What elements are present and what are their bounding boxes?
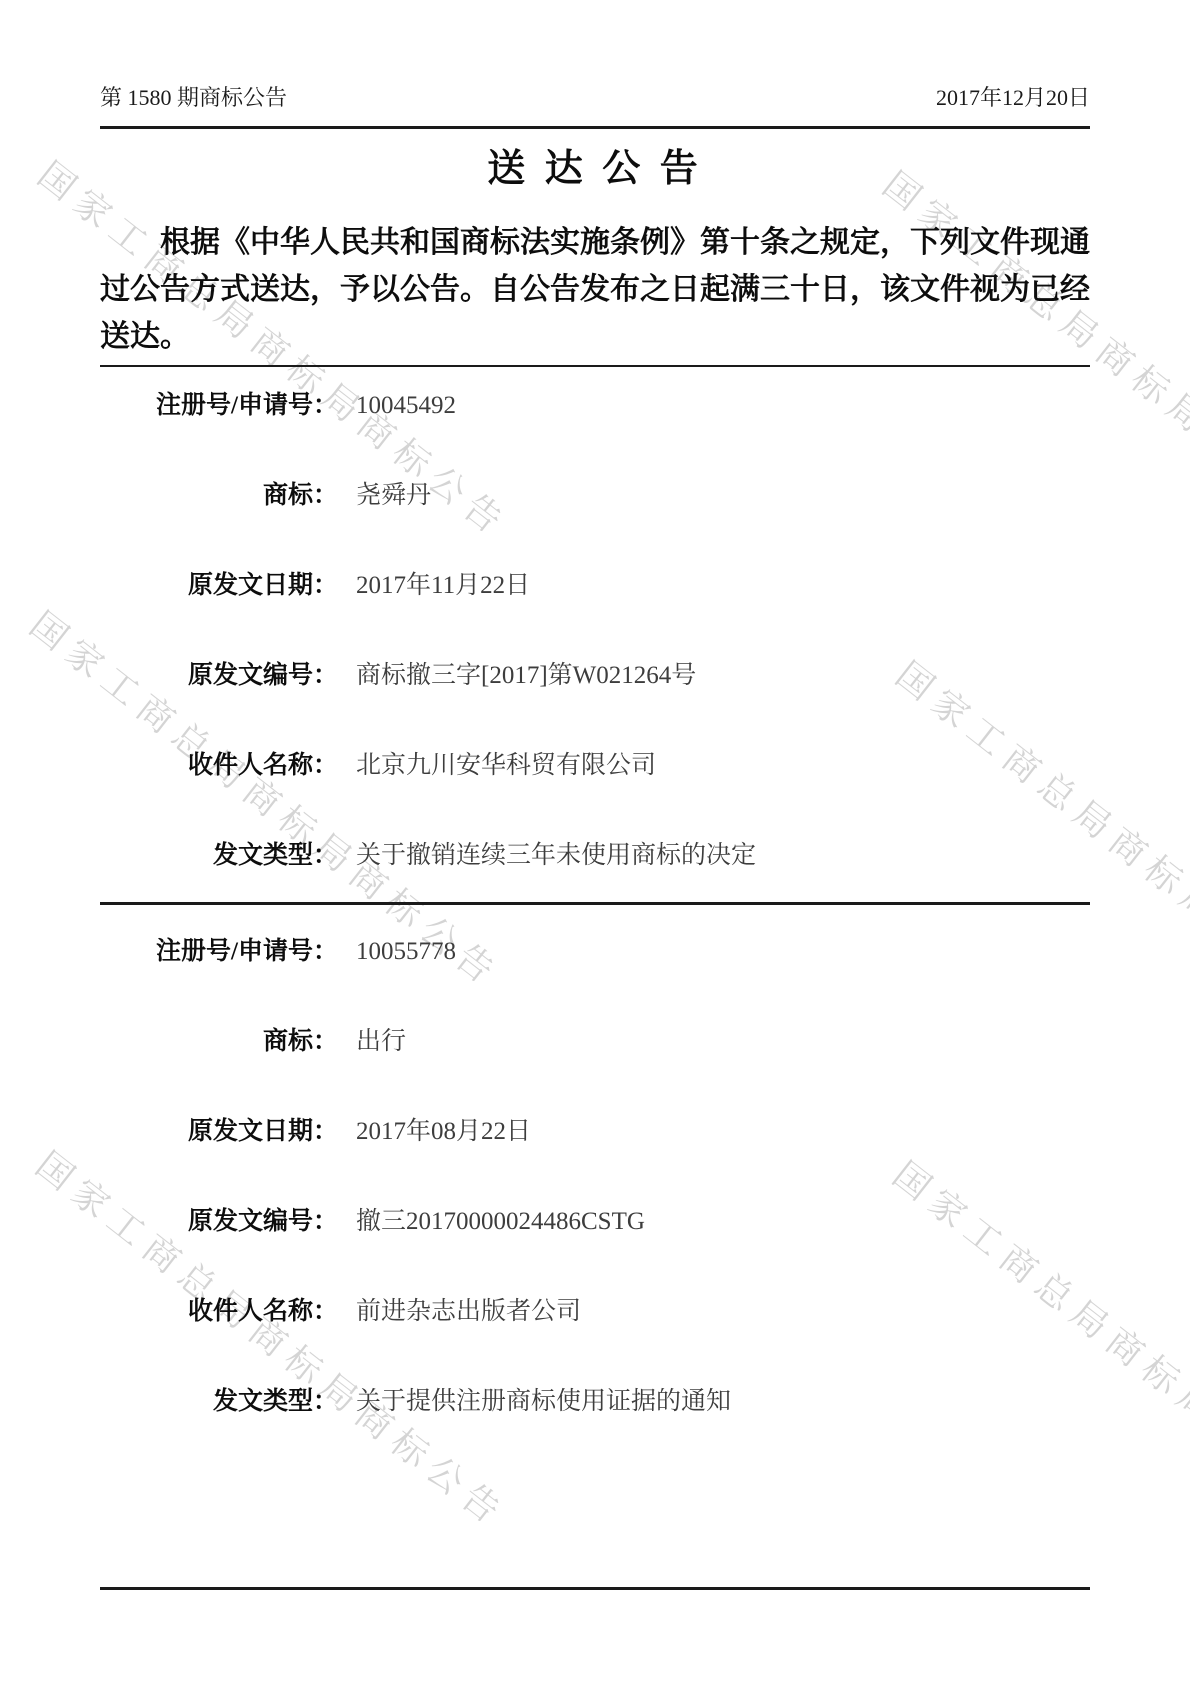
field-label: 收件人名称： [100,1295,338,1385]
field-label: 注册号/申请号： [100,389,338,479]
field-label: 发文类型： [100,1385,338,1418]
publish-date: 2017年12月20日 [936,84,1090,112]
document-content: 第 1580 期商标公告 2017年12月20日 送 达 公 告 根据《中华人民… [100,0,1090,1590]
field-label: 注册号/申请号： [100,935,338,1025]
field-label: 原发文编号： [100,659,338,749]
field-recipient-name: 收件人名称： 前进杂志出版者公司 [100,1295,1090,1385]
record-2: 注册号/申请号： 10055778 商标： 出行 原发文日期： 2017年08月… [100,905,1090,1418]
page-header: 第 1580 期商标公告 2017年12月20日 [100,84,1090,112]
field-original-document-number: 原发文编号： 撤三20170000024486CSTG [100,1205,1090,1295]
field-value: 10055778 [338,935,456,1025]
intro-paragraph: 根据《中华人民共和国商标法实施条例》第十条之规定，下列文件现通过公告方式送达，予… [100,219,1090,360]
field-label: 商标： [100,479,338,569]
field-value: 出行 [338,1025,406,1115]
field-value: 北京九川安华科贸有限公司 [338,749,656,839]
field-value: 商标撤三字[2017]第W021264号 [338,659,696,749]
footer-rule [100,1587,1090,1590]
field-value: 尧舜丹 [338,479,431,569]
page-title: 送 达 公 告 [100,145,1090,193]
field-trademark: 商标： 出行 [100,1025,1090,1115]
field-label: 原发文日期： [100,1115,338,1205]
field-registration-number: 注册号/申请号： 10045492 [100,389,1090,479]
field-value: 10045492 [338,389,456,479]
header-rule [100,126,1090,129]
field-value: 2017年11月22日 [338,569,530,659]
field-value: 2017年08月22日 [338,1115,531,1205]
field-original-issue-date: 原发文日期： 2017年11月22日 [100,569,1090,659]
field-original-document-number: 原发文编号： 商标撤三字[2017]第W021264号 [100,659,1090,749]
field-value: 关于提供注册商标使用证据的通知 [338,1385,731,1418]
field-label: 收件人名称： [100,749,338,839]
field-label: 原发文编号： [100,1205,338,1295]
field-document-type: 发文类型： 关于撤销连续三年未使用商标的决定 [100,839,1090,872]
field-registration-number: 注册号/申请号： 10055778 [100,935,1090,1025]
field-trademark: 商标： 尧舜丹 [100,479,1090,569]
field-value: 撤三20170000024486CSTG [338,1205,645,1295]
field-label: 发文类型： [100,839,338,872]
field-label: 原发文日期： [100,569,338,659]
record-1: 注册号/申请号： 10045492 商标： 尧舜丹 原发文日期： 2017年11… [100,367,1090,872]
field-value: 前进杂志出版者公司 [338,1295,581,1385]
issue-number: 第 1580 期商标公告 [100,84,287,112]
field-document-type: 发文类型： 关于提供注册商标使用证据的通知 [100,1385,1090,1418]
field-value: 关于撤销连续三年未使用商标的决定 [338,839,756,872]
field-original-issue-date: 原发文日期： 2017年08月22日 [100,1115,1090,1205]
gazette-page: 国家工商总局商标局商标公告 国家工商总局商标局商标公告 国家工商总局商标局商标公… [0,0,1190,1684]
field-label: 商标： [100,1025,338,1115]
field-recipient-name: 收件人名称： 北京九川安华科贸有限公司 [100,749,1090,839]
